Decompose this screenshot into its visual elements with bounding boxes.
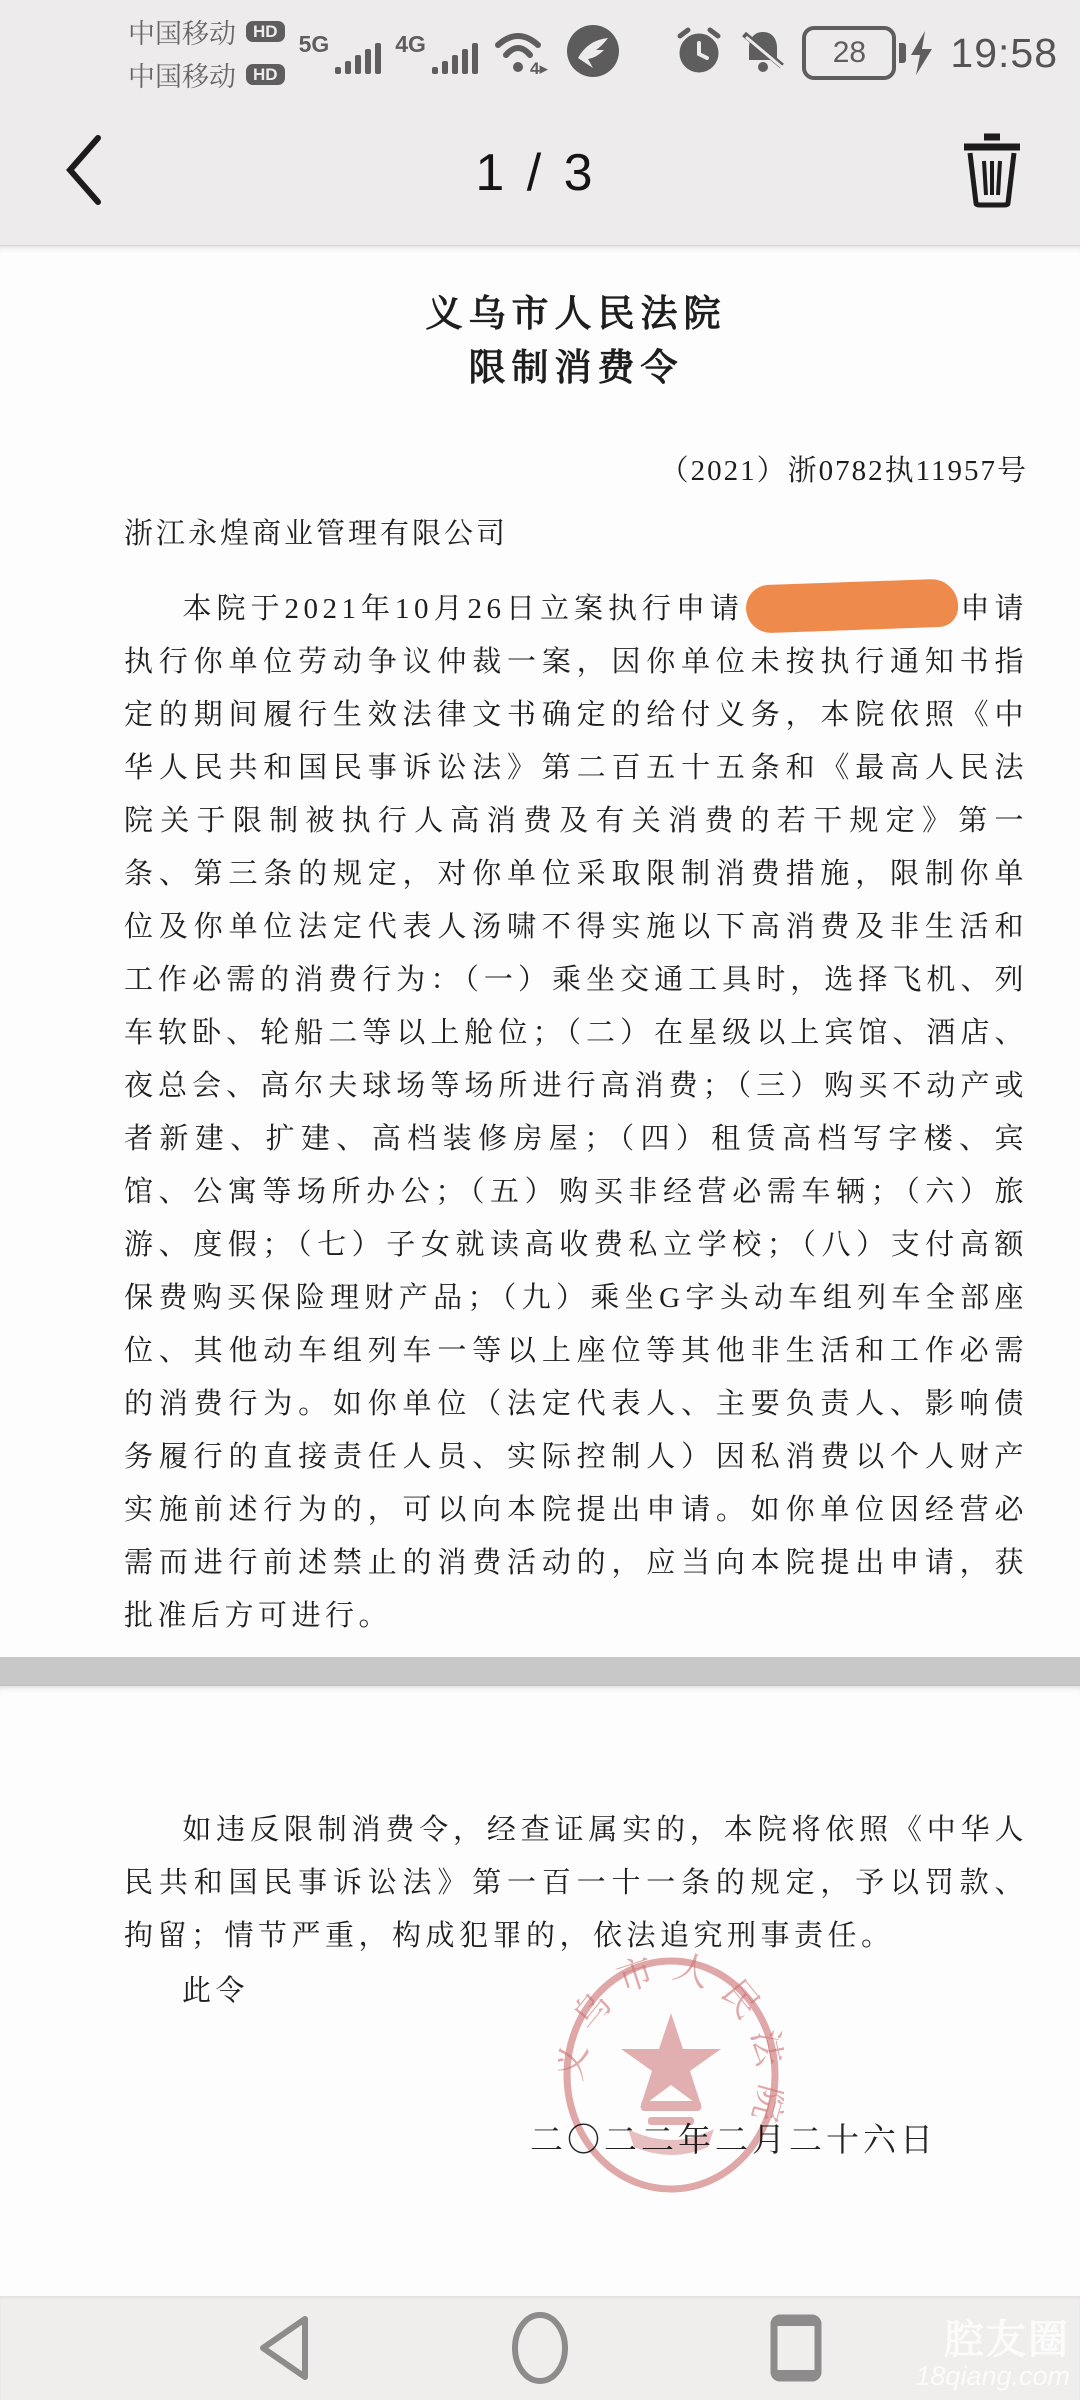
penalty-paragraph: 如违反限制消费令，经查证属实的，本院将依照《中华人民共和国民事诉讼法》第一百一十… [124,1804,1028,1963]
recipient-company: 浙江永煌商业管理有限公司 [124,511,1028,552]
wifi-icon: 4▸ [494,27,550,80]
network-type-sim2: 4G [395,33,426,56]
document-page-2[interactable]: 如违反限制消费令，经查证属实的，本院将依照《中华人民共和国民事诉讼法》第一百一十… [0,1685,1080,2297]
hd-badge-sim1: HD [246,21,285,42]
page-indicator: 1 / 3 [475,143,596,203]
carrier-name-sim1: 中国移动 [128,12,236,51]
site-watermark: 腔友圈 18qiang.com [915,2318,1070,2392]
order-body-paragraph: 本院于2021年10月26日立案执行申请申请 执行你单位劳动争议仲裁一案，因你单… [124,582,1028,1643]
orange-redaction-scribble [745,578,959,633]
nav-recents-square-icon [768,2312,824,2384]
trash-icon [960,131,1024,209]
phone-screen: 中国移动 HD 中国移动 HD 5G 4G 4▸ [0,0,1080,2400]
hd-badge-sim2: HD [246,64,285,85]
status-bar: 中国移动 HD 中国移动 HD 5G 4G 4▸ [0,0,1080,100]
svg-text:4▸: 4▸ [530,59,548,75]
network-type-sim1: 5G [299,33,330,56]
document-title-court: 义乌市人民法院 [124,288,1028,342]
nav-home-button[interactable] [500,2308,580,2388]
battery-charging-icon: 28 [802,26,936,80]
nav-back-button[interactable] [244,2308,324,2388]
watermark-url: 18qiang.com [915,2362,1070,2392]
signal-sim1: 5G [299,33,382,74]
back-chevron-icon [56,130,112,210]
battery-level: 28 [833,36,866,70]
document-page-1[interactable]: 义乌市人民法院 限制消费令 （2021）浙0782执11957号 浙江永煌商业管… [0,245,1080,1658]
case-number: （2021）浙0782执11957号 [124,448,1028,489]
status-right-cluster: 28 19:58 [674,26,1058,81]
carrier-block: 中国移动 HD 中国移动 HD [128,12,285,94]
status-time: 19:58 [950,30,1058,77]
nav-back-triangle-icon [253,2313,315,2383]
closing-text: 此令 [182,1975,249,2007]
signal-sim2: 4G [395,33,478,74]
body-text-after-redaction: 申请 执行你单位劳动争议仲裁一案，因你单位未按执行通知书指定的期间履行生效法律文… [124,593,1028,1632]
bird-app-icon [566,24,620,83]
watermark-name: 腔友圈 [915,2318,1070,2362]
bell-muted-icon [738,26,788,81]
signal-bars-icon [335,40,381,74]
document-title-order: 限制消费令 [124,342,1028,396]
delete-button[interactable] [960,131,1024,214]
alarm-icon [674,26,724,81]
toolbar: 1 / 3 [0,100,1080,245]
charging-bolt-icon [906,29,936,77]
page-break-separator [0,1657,1080,1685]
body-text-before-redaction: 本院于2021年10月26日立案执行申请 [182,593,744,625]
penalty-text: 如违反限制消费令，经查证属实的，本院将依照《中华人民共和国民事诉讼法》第一百一十… [124,1814,1028,1952]
court-seal-icon: 义乌市人民法院 [558,1951,784,2199]
nav-home-circle-icon [508,2309,572,2387]
carrier-name-sim2: 中国移动 [128,55,236,94]
back-button[interactable] [56,130,112,215]
nav-recents-button[interactable] [756,2308,836,2388]
signal-bars-icon [432,40,478,74]
